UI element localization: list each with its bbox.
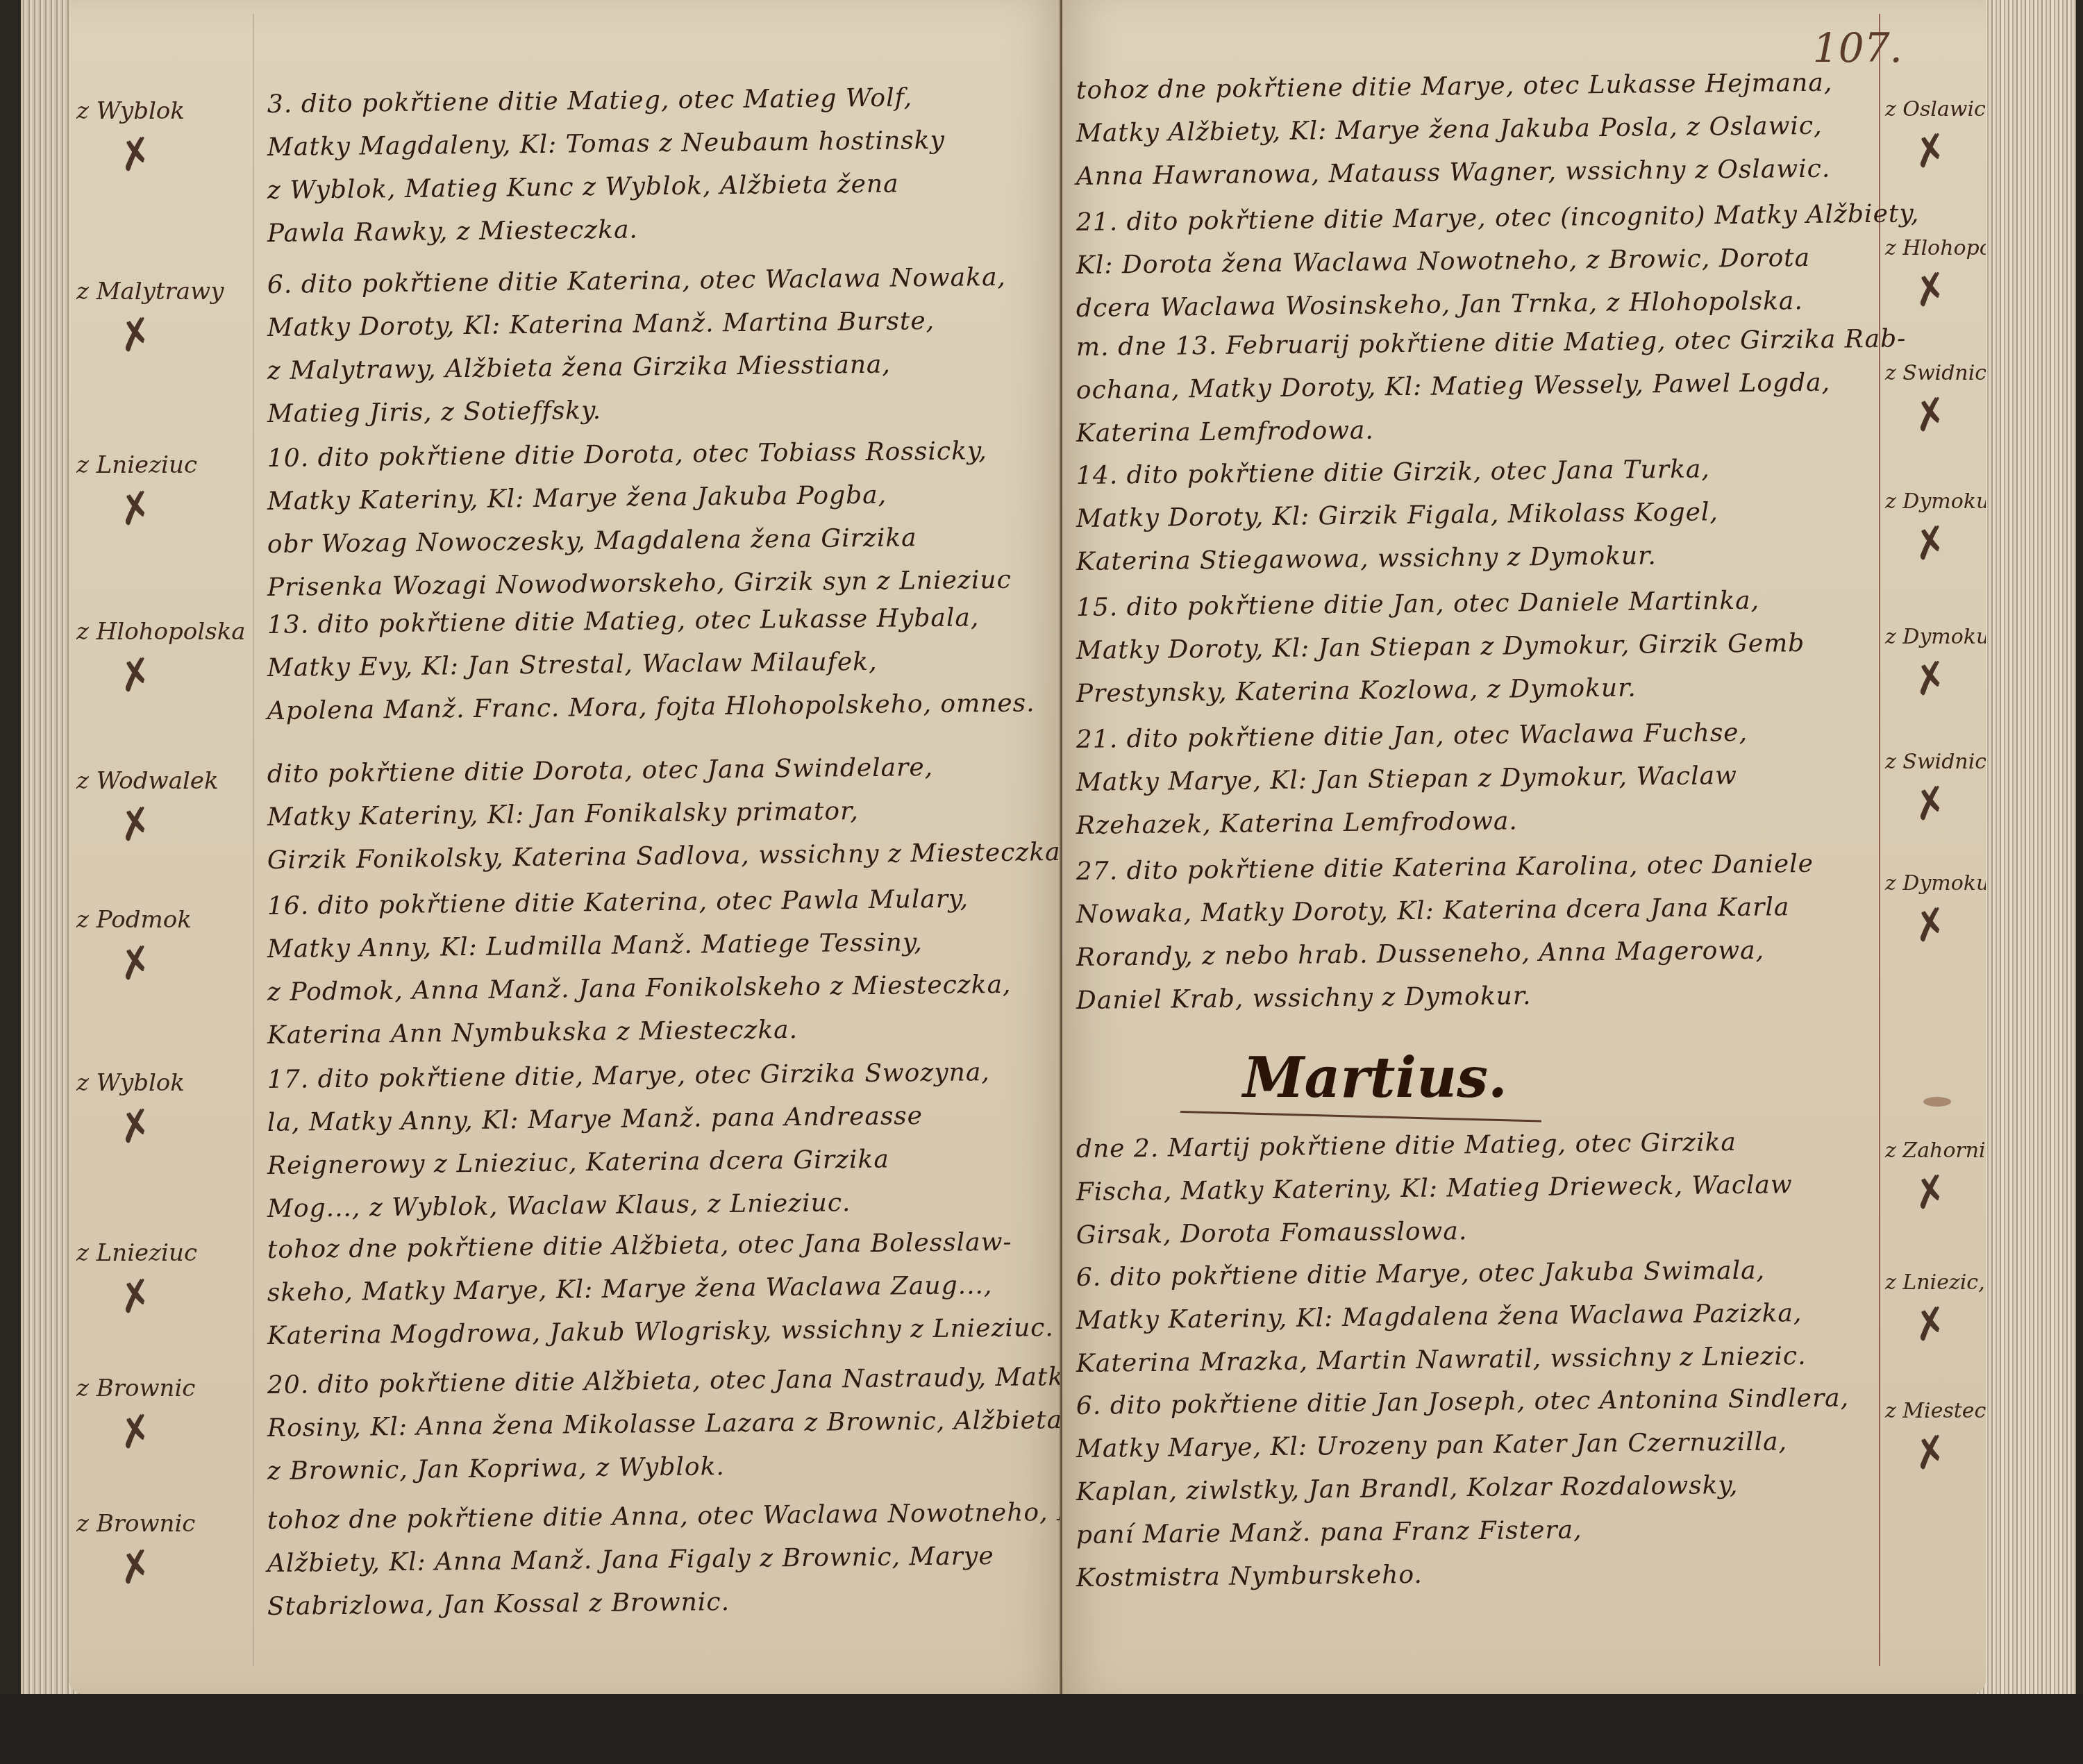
signature-cross-icon: ✗ bbox=[115, 1268, 178, 1320]
margin-place: z Wyblok ✗ bbox=[76, 1069, 236, 1145]
margin-place: z Brownic ✗ bbox=[76, 1510, 236, 1586]
signature-cross-icon: ✗ bbox=[1909, 123, 1973, 175]
entry-text: dne 2. Martij pokřtiene ditie Matieg, ot… bbox=[1076, 1128, 1875, 1257]
page-edges-right bbox=[1972, 0, 2076, 1715]
table-background bbox=[0, 1694, 2083, 1764]
signature-cross-icon: ✗ bbox=[1909, 1425, 1973, 1477]
margin-place: z Malytrawy ✗ bbox=[76, 278, 236, 354]
entry-text: 6. dito pokřtiene ditie Marye, otec Jaku… bbox=[1076, 1257, 1875, 1386]
signature-cross-icon: ✗ bbox=[1909, 515, 1973, 567]
signature-cross-icon: ✗ bbox=[1909, 1164, 1973, 1216]
entry-text: 6. dito pokřtiene ditie Jan Joseph, otec… bbox=[1076, 1385, 1875, 1600]
margin-place: z Podmok ✗ bbox=[76, 906, 236, 982]
signature-cross-icon: ✗ bbox=[1909, 387, 1973, 439]
margin-place: z Lnieziuc ✗ bbox=[76, 451, 236, 528]
signature-cross-icon: ✗ bbox=[1909, 897, 1973, 949]
entry-text: tohoz dne pokřtiene ditie Marye, otec Lu… bbox=[1076, 69, 1875, 199]
entry-text: 21. dito pokřtiene ditie Jan, otec Wacla… bbox=[1076, 719, 1875, 848]
margin-place: z Zahornice, ✗ bbox=[1885, 1139, 1982, 1211]
entry-text: 6. dito pokřtiene ditie Katerina, otec W… bbox=[267, 264, 1045, 436]
margin-place: z Lniezic, ✗ bbox=[1885, 1270, 1982, 1343]
margin-place: z Lnieziuc ✗ bbox=[76, 1239, 236, 1316]
signature-cross-icon: ✗ bbox=[115, 1098, 178, 1150]
entry-text: 10. dito pokřtiene ditie Dorota, otec To… bbox=[267, 437, 1045, 610]
signature-cross-icon: ✗ bbox=[1909, 262, 1973, 314]
entry-text: tohoz dne pokřtiene ditie Alžbieta, otec… bbox=[267, 1229, 1045, 1358]
open-register-book: z Wyblok ✗ 3. dito pokřtiene ditie Matie… bbox=[21, 0, 2076, 1722]
ink-stain bbox=[1923, 1097, 1951, 1107]
month-heading: Martius. bbox=[1243, 1045, 1507, 1110]
entry-text: m. dne 13. Februarij pokřtiene ditie Mat… bbox=[1076, 326, 1875, 455]
margin-place: z Wodwalek ✗ bbox=[76, 767, 236, 843]
signature-cross-icon: ✗ bbox=[115, 935, 178, 987]
entry-text: tohoz dne pokřtiene ditie Anna, otec Wac… bbox=[267, 1500, 1045, 1629]
entry-text: 20. dito pokřtiene ditie Alžbieta, otec … bbox=[267, 1364, 1045, 1493]
signature-cross-icon: ✗ bbox=[1909, 775, 1973, 828]
margin-place: z Hlohopolska ✗ bbox=[76, 618, 236, 694]
signature-cross-icon: ✗ bbox=[1909, 650, 1973, 703]
margin-place: z Swidnice. ✗ bbox=[1885, 750, 1982, 823]
margin-place: z Miesteczka, ✗ bbox=[1885, 1399, 1982, 1472]
entry-text: dito pokřtiene ditie Dorota, otec Jana S… bbox=[267, 753, 1045, 882]
heading-underline bbox=[1180, 1111, 1541, 1123]
margin-place: z Oslawic, ✗ bbox=[1885, 97, 1982, 170]
left-margin-rule bbox=[253, 14, 254, 1666]
margin-place: z Hlohopolska ✗ bbox=[1885, 236, 1982, 309]
margin-place: z Dymokur. ✗ bbox=[1885, 489, 1982, 562]
margin-place: z Dymokur ✗ bbox=[1885, 871, 1982, 944]
entry-text: 14. dito pokřtiene ditie Girzik, otec Ja… bbox=[1076, 455, 1875, 584]
margin-place: z Dymokur. ✗ bbox=[1885, 625, 1982, 698]
entry-text: 3. dito pokřtiene ditie Matieg, otec Mat… bbox=[267, 83, 1045, 255]
signature-cross-icon: ✗ bbox=[115, 307, 178, 359]
entry-text: 15. dito pokřtiene ditie Jan, otec Danie… bbox=[1076, 587, 1875, 716]
signature-cross-icon: ✗ bbox=[115, 796, 178, 848]
margin-place: z Brownic ✗ bbox=[76, 1375, 236, 1451]
signature-cross-icon: ✗ bbox=[115, 1404, 178, 1456]
margin-place: z Swidnice, ✗ bbox=[1885, 361, 1982, 434]
left-page: z Wyblok ✗ 3. dito pokřtiene ditie Matie… bbox=[69, 0, 1062, 1694]
signature-cross-icon: ✗ bbox=[115, 126, 178, 178]
signature-cross-icon: ✗ bbox=[115, 1539, 178, 1591]
entry-text: 17. dito pokřtiene ditie, Marye, otec Gi… bbox=[267, 1059, 1045, 1231]
entry-text: 16. dito pokřtiene ditie Katerina, otec … bbox=[267, 885, 1045, 1057]
right-margin-rule bbox=[1879, 14, 1880, 1666]
signature-cross-icon: ✗ bbox=[1909, 1296, 1973, 1348]
entry-text: 27. dito pokřtiene ditie Katerina Karoli… bbox=[1076, 850, 1875, 1023]
entry-text: 21. dito pokřtiene ditie Marye, otec (in… bbox=[1076, 201, 1875, 330]
entry-text: 13. dito pokřtiene ditie Matieg, otec Lu… bbox=[267, 604, 1045, 733]
margin-place: z Wyblok ✗ bbox=[76, 97, 236, 174]
signature-cross-icon: ✗ bbox=[115, 480, 178, 532]
right-page: 107. z Oslawic, ✗ tohoz dne pokřtiene di… bbox=[1062, 0, 1986, 1694]
signature-cross-icon: ✗ bbox=[115, 647, 178, 699]
